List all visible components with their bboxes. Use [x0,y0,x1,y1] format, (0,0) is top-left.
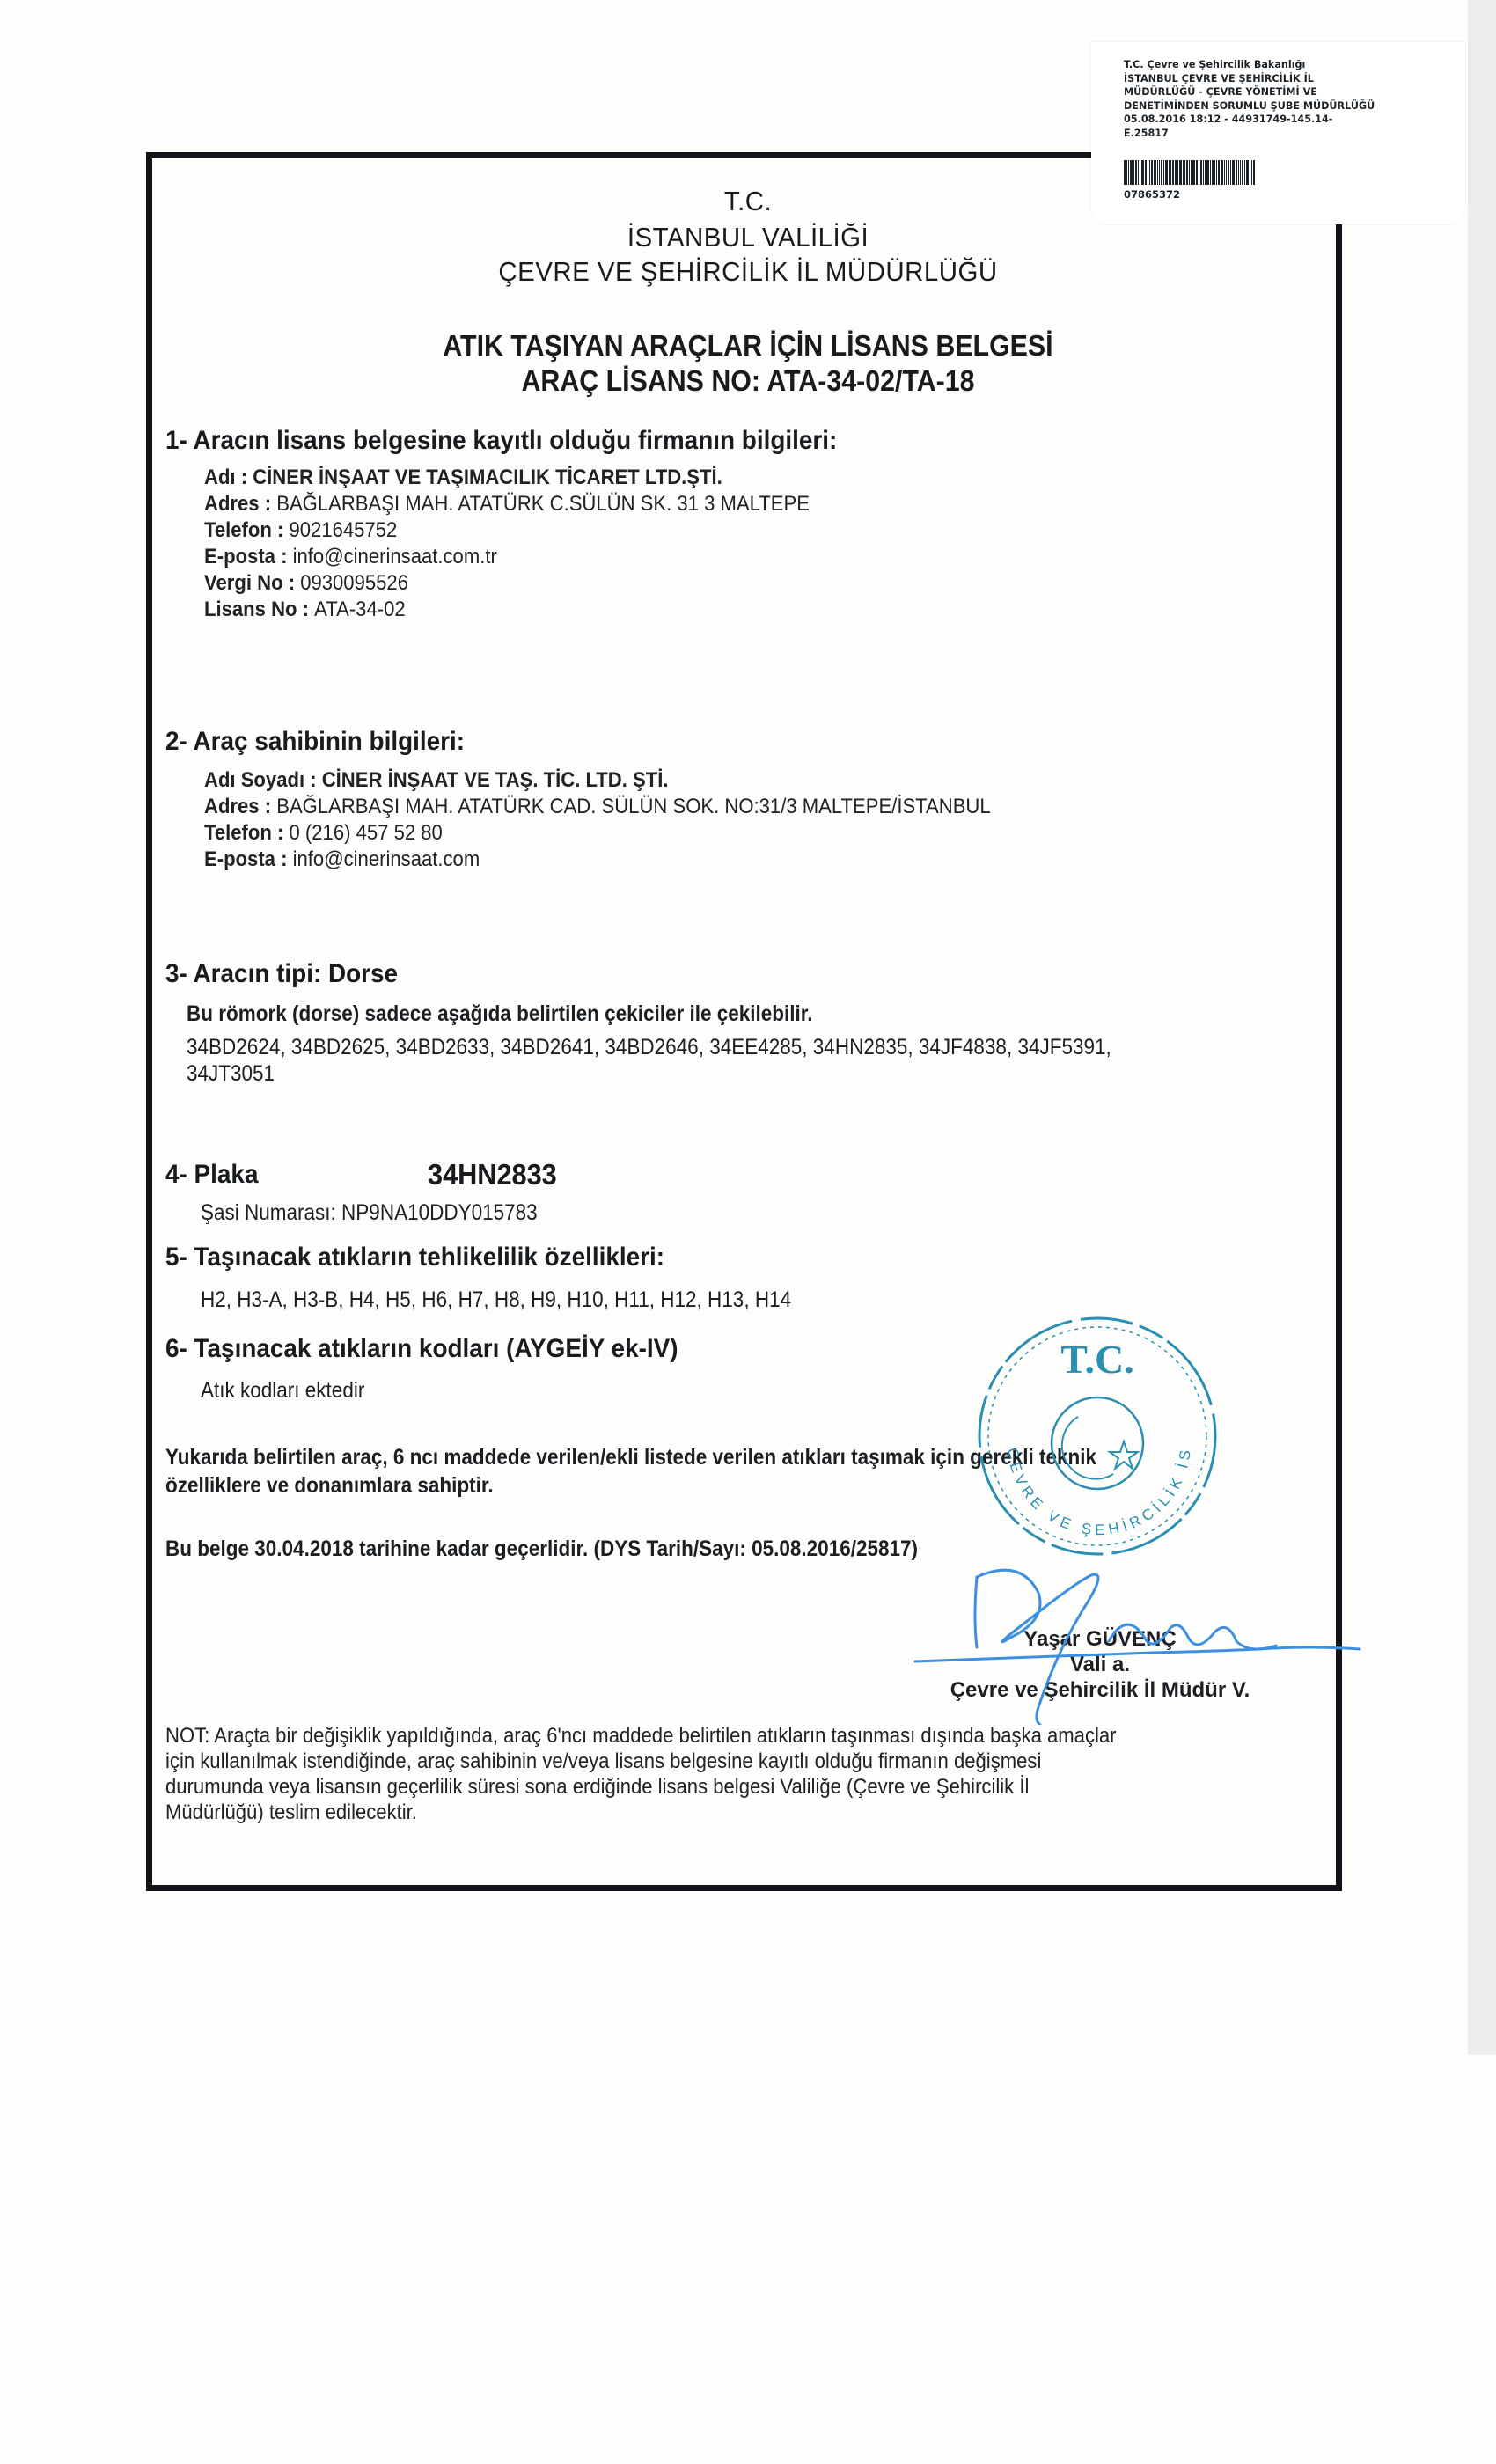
field-label: Adı Soyadı : [204,768,322,792]
field-label: E-posta : [204,847,293,871]
field-row: Adres : BAĞLARBAŞI MAH. ATATÜRK C.SÜLÜN … [204,490,810,517]
section3-heading: 3- Aracın tipi: Dorse [165,959,398,989]
field-value: info@cinerinsaat.com.tr [293,545,497,568]
note-line2: için kullanılmak istendiğinde, araç sahi… [165,1749,1041,1774]
field-row: Telefon : 0 (216) 457 52 80 [204,819,443,847]
note-line1: NOT: Araçta bir değişiklik yapıldığında,… [165,1723,1117,1749]
field-value: CİNER İNŞAAT VE TAŞIMACILIK TİCARET LTD.… [253,466,722,489]
document-registry-sticker: T.C. Çevre ve Şehircilik Bakanlığı İSTAN… [1091,42,1465,224]
field-row: Adı Soyadı : CİNER İNŞAAT VE TAŞ. TİC. L… [204,766,669,794]
chassis-number: Şasi Numarası: NP9NA10DDY015783 [201,1199,538,1227]
field-value: info@cinerinsaat.com [293,847,480,871]
barcode-number: 07865372 [1124,188,1180,201]
section6-heading: 6- Taşınacak atıkların kodları (AYGEİY e… [165,1334,678,1364]
field-value: CİNER İNŞAAT VE TAŞ. TİC. LTD. ŞTİ. [322,768,669,792]
field-row: E-posta : info@cinerinsaat.com.tr [204,543,497,570]
field-label: Adres : [204,492,276,516]
sticker-line: MÜDÜRLÜĞÜ - ÇEVRE YÖNETİMİ VE [1124,85,1375,99]
note-line3: durumunda veya lisansın geçerlilik süres… [165,1774,1029,1800]
field-row: E-posta : info@cinerinsaat.com [204,846,480,873]
field-label: Adı : [204,466,253,489]
field-label: Telefon : [204,518,289,542]
license-number: ARAÇ LİSANS NO: ATA-34-02/TA-18 [60,363,1436,399]
field-value: BAĞLARBAŞI MAH. ATATÜRK CAD. SÜLÜN SOK. … [276,795,990,818]
field-value: BAĞLARBAŞI MAH. ATATÜRK C.SÜLÜN SK. 31 3… [276,492,810,516]
header-governorship: İSTANBUL VALİLİĞİ [38,219,1459,255]
document-title: ATIK TAŞIYAN ARAÇLAR İÇİN LİSANS BELGESİ [60,327,1436,363]
sticker-line: DENETİMİNDEN SORUMLU ŞUBE MÜDÜRLÜĞÜ [1124,99,1375,114]
signatory-role: Vali a. [915,1652,1285,1677]
hazard-codes: H2, H3-A, H3-B, H4, H5, H6, H7, H8, H9, … [201,1286,791,1314]
validity-statement: Bu belge 30.04.2018 tarihine kadar geçer… [165,1535,918,1563]
statement-line2: özelliklere ve donanımlara sahiptir. [165,1471,494,1500]
sticker-line: T.C. Çevre ve Şehircilik Bakanlığı [1124,58,1375,72]
field-label: Lisans No : [204,598,314,621]
tractor-plates-cont: 34JT3051 [187,1060,275,1088]
section5-heading: 5- Taşınacak atıkların tehlikelilik özel… [165,1243,664,1272]
signatory-name: Yaşar GÜVENÇ [915,1626,1285,1652]
signatory-title: Çevre ve Şehircilik İl Müdür V. [915,1677,1285,1703]
scan-edge-shadow [1468,0,1496,2055]
field-row: Telefon : 9021645752 [204,517,397,544]
section1-heading: 1- Aracın lisans belgesine kayıtlı olduğ… [165,426,837,456]
field-row: Adı : CİNER İNŞAAT VE TAŞIMACILIK TİCARE… [204,464,722,491]
field-value: 9021645752 [289,518,397,542]
field-label: E-posta : [204,545,293,568]
sticker-line: 05.08.2016 18:12 - 44931749-145.14- [1124,113,1375,127]
sticker-line: E.25817 [1124,127,1375,141]
section2-heading: 2- Araç sahibinin bilgileri: [165,727,465,757]
field-label: Adres : [204,795,276,818]
field-label: Vergi No : [204,571,300,595]
field-value: 0 (216) 457 52 80 [289,821,442,845]
waste-codes-text: Atık kodları ektedir [201,1376,364,1404]
barcode-icon [1124,160,1361,185]
field-row: Vergi No : 0930095526 [204,569,408,597]
sticker-text: T.C. Çevre ve Şehircilik Bakanlığı İSTAN… [1124,58,1375,140]
field-value: 0930095526 [300,571,408,595]
sticker-line: İSTANBUL ÇEVRE VE ŞEHİRCİLİK İL [1124,72,1375,86]
field-row: Adres : BAĞLARBAŞI MAH. ATATÜRK CAD. SÜL… [204,793,991,820]
note-line4: Müdürlüğü) teslim edilecektir. [165,1800,417,1825]
section4-heading: 4- Plaka [165,1160,258,1190]
field-value: ATA-34-02 [314,598,406,621]
section3-note: Bu römork (dorse) sadece aşağıda belirti… [187,1000,813,1028]
statement-line1: Yukarıda belirtilen araç, 6 ncı maddede … [165,1443,1096,1471]
header-directorate: ÇEVRE VE ŞEHİRCİLİK İL MÜDÜRLÜĞÜ [38,253,1459,290]
field-label: Telefon : [204,821,289,845]
plate-number: 34HN2833 [428,1158,557,1192]
field-row: Lisans No : ATA-34-02 [204,596,406,623]
tractor-plates: 34BD2624, 34BD2625, 34BD2633, 34BD2641, … [187,1033,1111,1061]
